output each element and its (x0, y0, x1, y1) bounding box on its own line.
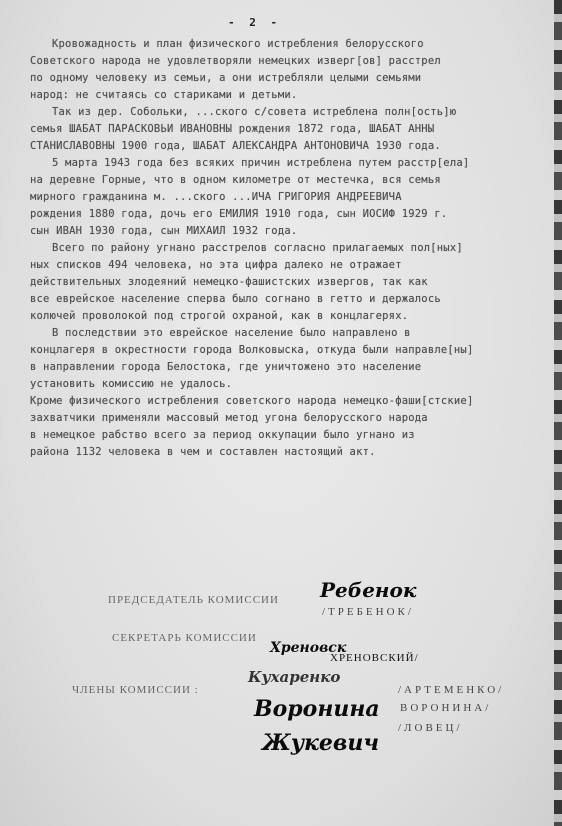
document-line: СТАНИСЛАВОВНЫ 1900 года, ШАБАТ АЛЕКСАНДР… (30, 138, 550, 155)
document-line: в немецкое рабство всего за период оккуп… (30, 427, 550, 444)
document-line: сын ИВАН 1930 года, сын МИХАИЛ 1932 года… (30, 223, 550, 240)
member-signature-2: Воронина (254, 696, 380, 722)
document-line: колючей проволокой под строгой охраной, … (30, 308, 550, 325)
member-name-2: ВОРОНИНА/ (400, 702, 491, 714)
scan-edge (554, 0, 562, 826)
document-line: в направлении города Белостока, где унич… (30, 359, 550, 376)
document-line: Всего по району угнано расстрелов соглас… (30, 240, 550, 257)
document-line: установить комиссию не удалось. (30, 376, 550, 393)
document-line: Советского народа не удовлетворяли немец… (30, 53, 550, 70)
member-name-1: /АРТЕМЕНКО/ (398, 684, 504, 696)
secretary-signature: Хреновск (270, 640, 346, 656)
document-body: Кровожадность и план физического истребл… (30, 36, 550, 461)
members-label: ЧЛЕНЫ КОМИССИИ : (72, 684, 199, 696)
member-signature-1: Кухаренко (248, 668, 340, 686)
chairman-name: /ТРЕБЕНОК/ (322, 606, 414, 618)
document-line: захватчики применяли массовый метод угон… (30, 410, 550, 427)
document-line: по одному человеку из семьи, а они истре… (30, 70, 550, 87)
document-line: района 1132 человека в чем и составлен н… (30, 444, 550, 461)
document-line: Так из дер. Собольки, ...ского с/совета … (30, 104, 550, 121)
document-line: концлагеря в окрестности города Волковыс… (30, 342, 550, 359)
document-line: мирного гражданина м. ...ского ...ИЧА ГР… (30, 189, 550, 206)
document-line: рождения 1880 года, дочь его ЕМИЛИЯ 1910… (30, 206, 550, 223)
document-page: - 2 - Кровожадность и план физического и… (0, 0, 562, 826)
document-line: 5 марта 1943 года без всяких причин истр… (30, 155, 550, 172)
document-line: ных списков 494 человека, но эта цифра д… (30, 257, 550, 274)
member-name-3: /ЛОВЕЦ/ (398, 722, 463, 734)
secretary-label: СЕКРЕТАРЬ КОМИССИИ (112, 632, 257, 644)
document-line: семья ШАБАТ ПАРАСКОВЬИ ИВАНОВНЫ рождения… (30, 121, 550, 138)
chairman-signature: Ребенок (320, 578, 416, 602)
page-number: - 2 - (228, 16, 281, 29)
document-line: на деревне Горные, что в одном километре… (30, 172, 550, 189)
chairman-label: ПРЕДСЕДАТЕЛЬ КОМИССИИ (108, 594, 279, 606)
document-line: народ: не считаясь со стариками и детьми… (30, 87, 550, 104)
document-line: Кровожадность и план физического истребл… (30, 36, 550, 53)
secretary-name: ХРЕНОВСКИЙ/ (330, 652, 419, 664)
document-line: действительных злодеяний немецко-фашистс… (30, 274, 550, 291)
member-signature-3: Жукевич (262, 730, 379, 756)
document-line: В последствии это еврейское население бы… (30, 325, 550, 342)
document-line: Кроме физического истребления советского… (30, 393, 550, 410)
document-line: все еврейское население сперва было согн… (30, 291, 550, 308)
